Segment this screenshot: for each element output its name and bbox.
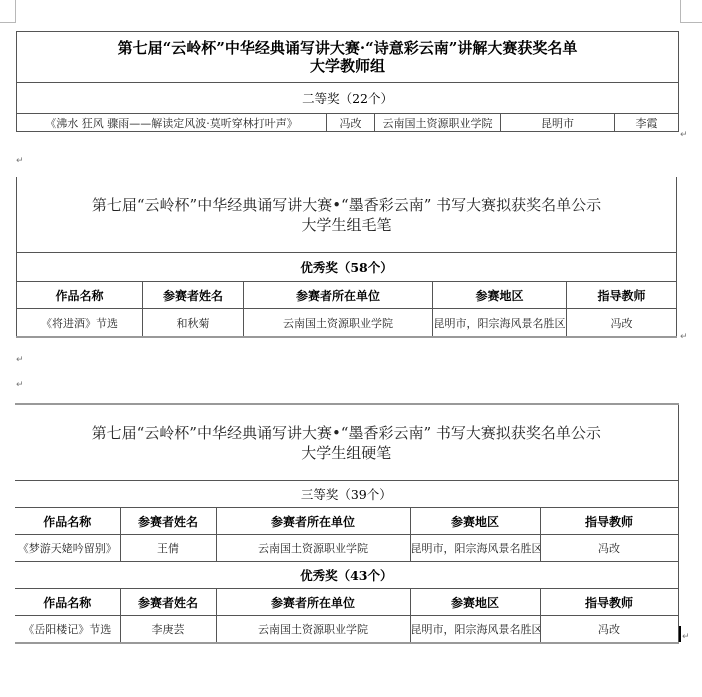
title-line-1: 第七届“云岭杯”中华经典诵写讲大赛·“诗意彩云南”讲解大赛获奖名单 [17,39,678,57]
col-header-name: 参赛者姓名 [143,282,244,309]
col-header-work: 作品名称 [15,589,120,616]
col-header-work: 作品名称 [15,508,120,535]
participant-name: 王倩 [120,535,216,562]
table-title: 第七届“云岭杯”中华经典诵写讲大赛•“墨香彩云南” 书写大赛拟获奖名单公示 大学… [17,177,677,253]
participant-unit: 云南国土资源职业学院 [375,114,501,132]
col-header-unit: 参赛者所在单位 [244,282,433,309]
region: 昆明市，阳宗海风景名胜区 [433,309,567,338]
table-title: 第七届“云岭杯”中华经典诵写讲大赛·“诗意彩云南”讲解大赛获奖名单 大学教师组 [17,32,679,83]
participant-name: 冯改 [327,114,375,132]
work-title: 《沸水 狂风 骤雨——解读定风波·莫听穿林打叶声》 [17,114,327,132]
award-table-brush-calligraphy: 第七届“云岭杯”中华经典诵写讲大赛•“墨香彩云南” 书写大赛拟获奖名单公示 大学… [16,177,677,338]
table-header-row: 作品名称 参赛者姓名 参赛者所在单位 参赛地区 指导教师 [15,508,678,535]
col-header-instructor: 指导教师 [567,282,677,309]
instructor: 冯改 [540,535,678,562]
participant-name: 和秋菊 [143,309,244,338]
region: 昆明市，阳宗海风景名胜区 [410,535,540,562]
participant-unit: 云南国土资源职业学院 [216,535,410,562]
text-cursor [679,626,681,642]
paragraph-mark: ↵ [680,332,688,342]
region: 昆明市，阳宗海风景名胜区 [410,616,540,644]
paragraph-mark: ↵ [680,130,688,140]
table-header-row: 作品名称 参赛者姓名 参赛者所在单位 参赛地区 指导教师 [15,589,678,616]
col-header-instructor: 指导教师 [540,508,678,535]
col-header-unit: 参赛者所在单位 [216,508,410,535]
table-header-row: 作品名称 参赛者姓名 参赛者所在单位 参赛地区 指导教师 [17,282,677,309]
col-header-region: 参赛地区 [433,282,567,309]
col-header-name: 参赛者姓名 [120,589,216,616]
work-title: 《岳阳楼记》节选 [15,616,120,644]
col-header-unit: 参赛者所在单位 [216,589,410,616]
award-level: 三等奖（39个） [15,481,678,508]
participant-name: 李庚芸 [120,616,216,644]
col-header-region: 参赛地区 [410,589,540,616]
page-corner-mark-left [0,0,16,23]
award-table-pen-calligraphy: 第七届“云岭杯”中华经典诵写讲大赛•“墨香彩云南” 书写大赛拟获奖名单公示 大学… [15,403,679,644]
page-corner-mark-right [680,0,702,23]
title-line-1: 第七届“云岭杯”中华经典诵写讲大赛•“墨香彩云南” 书写大赛拟获奖名单公示 [17,195,676,215]
table-row: 《梦游天姥吟留别》 王倩 云南国土资源职业学院 昆明市，阳宗海风景名胜区 冯改 [15,535,678,562]
paragraph-mark: ↵ [682,632,690,642]
award-level: 二等奖（22个） [17,83,679,114]
participant-unit: 云南国土资源职业学院 [244,309,433,338]
col-header-instructor: 指导教师 [540,589,678,616]
paragraph-mark: ↵ [16,156,24,166]
col-header-work: 作品名称 [17,282,143,309]
instructor: 李霞 [615,114,679,132]
participant-unit: 云南国土资源职业学院 [216,616,410,644]
award-level: 优秀奖（58个） [17,253,677,282]
paragraph-mark: ↵ [16,380,24,390]
work-title: 《将进酒》节选 [17,309,143,338]
table-row: 《将进酒》节选 和秋菊 云南国土资源职业学院 昆明市，阳宗海风景名胜区 冯改 [17,309,677,338]
table-title: 第七届“云岭杯”中华经典诵写讲大赛•“墨香彩云南” 书写大赛拟获奖名单公示 大学… [15,404,678,481]
table-row: 《岳阳楼记》节选 李庚芸 云南国土资源职业学院 昆明市，阳宗海风景名胜区 冯改 [15,616,678,644]
award-level: 优秀奖（43个） [15,562,678,589]
table-row: 《沸水 狂风 骤雨——解读定风波·莫听穿林打叶声》 冯改 云南国土资源职业学院 … [17,114,679,132]
instructor: 冯改 [567,309,677,338]
region: 昆明市 [501,114,615,132]
title-line-2: 大学教师组 [17,57,678,75]
work-title: 《梦游天姥吟留别》 [15,535,120,562]
award-table-teacher-group: 第七届“云岭杯”中华经典诵写讲大赛·“诗意彩云南”讲解大赛获奖名单 大学教师组 … [16,31,679,132]
title-line-1: 第七届“云岭杯”中华经典诵写讲大赛•“墨香彩云南” 书写大赛拟获奖名单公示 [15,423,678,443]
instructor: 冯改 [540,616,678,644]
title-line-2: 大学生组硬笔 [15,443,678,463]
col-header-name: 参赛者姓名 [120,508,216,535]
paragraph-mark: ↵ [16,355,24,365]
title-line-2: 大学生组毛笔 [17,215,676,235]
col-header-region: 参赛地区 [410,508,540,535]
